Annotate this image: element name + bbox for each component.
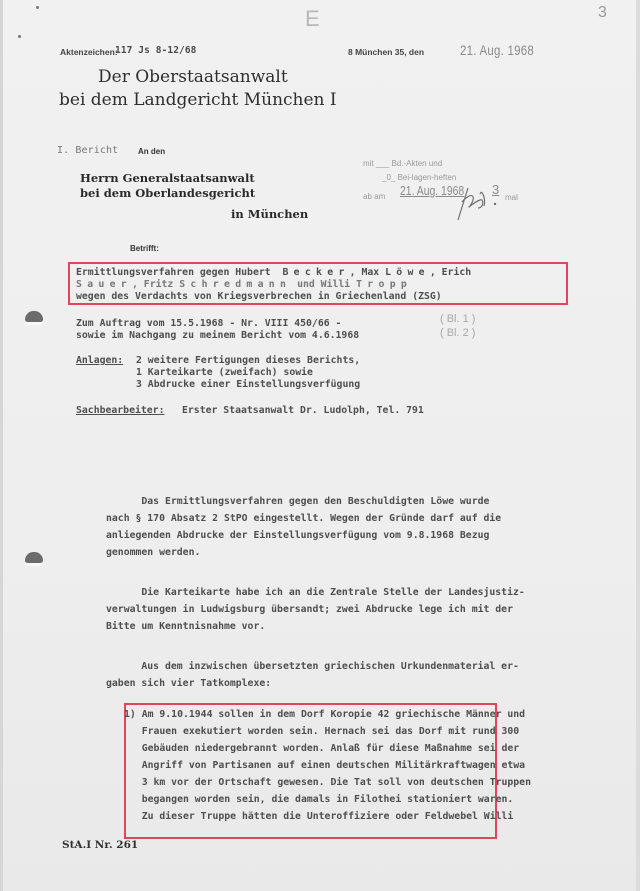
recipient-city: in München xyxy=(231,207,308,221)
body-line: Das Ermittlungsverfahren gegen den Besch… xyxy=(106,496,489,507)
body-line: nach § 170 Absatz 2 StPO eingestellt. We… xyxy=(106,513,501,524)
body-line: Angriff von Partisanen auf einen deutsch… xyxy=(124,760,525,771)
body-line: Gebäuden niedergebrannt worden. Anlaß fü… xyxy=(124,743,519,754)
subject-line3: wegen des Verdachts von Kriegsverbrechen… xyxy=(76,291,442,302)
page-edge-left xyxy=(0,0,3,891)
subject-line2: Sauer, Fritz Schredmann und Willi Tropp xyxy=(76,279,412,290)
top-center-mark: E xyxy=(305,6,320,32)
dispatch-stamp-line3-prefix: ab am xyxy=(363,192,385,201)
body-line: genommen werden. xyxy=(106,547,200,558)
subject-label: Betrifft: xyxy=(130,244,159,253)
dispatch-stamp-line1: mit ___ Bd.-Akten und xyxy=(363,159,442,168)
reference-line1: Zum Auftrag vom 15.5.1968 - Nr. VIII 450… xyxy=(76,318,341,329)
body-line: begangen worden sein, die damals in Filo… xyxy=(124,794,513,805)
sender-line1: Der Oberstaatsanwalt xyxy=(98,67,288,87)
body-line: Frauen exekutiert worden sein. Hernach s… xyxy=(124,726,519,737)
body-line: 1) Am 9.10.1944 sollen in dem Dorf Korop… xyxy=(124,709,525,720)
margin-note-bl1: ( Bl. 1 ) xyxy=(440,313,475,325)
date-stamp: 21. Aug. 1968 xyxy=(460,42,534,58)
body-line: 3 km vor der Ortschaft gewesen. Die Tat … xyxy=(124,777,531,788)
body-line: Die Karteikarte habe ich an die Zentrale… xyxy=(106,587,525,598)
place-date-prefix: 8 München 35, den xyxy=(348,47,424,57)
archive-reference: StA.I Nr. 261 xyxy=(62,839,138,851)
recipient-line2: bei dem Oberlandesgericht xyxy=(80,186,255,200)
case-officer-value: Erster Staatsanwalt Dr. Ludolph, Tel. 79… xyxy=(182,405,424,416)
enclosure-item: 2 weitere Fertigungen dieses Berichts, xyxy=(136,355,360,366)
page-edge-right xyxy=(636,0,640,891)
to-label: An den xyxy=(138,147,165,156)
page-number-mark: 3 xyxy=(598,4,607,22)
body-line: Aus dem inzwischen übersetzten griechisc… xyxy=(106,661,519,672)
margin-note-bl2: ( Bl. 2 ) xyxy=(440,327,475,339)
hole-punch-lower xyxy=(25,552,43,563)
initials-signature xyxy=(440,180,500,225)
file-ref-value: 117 Js 8-12/68 xyxy=(115,45,196,56)
enclosure-item: 1 Karteikarte (zweifach) sowie xyxy=(136,367,313,378)
body-line: Zu dieser Truppe hätten die Unteroffizie… xyxy=(124,811,513,822)
body-line: gaben sich vier Tatkomplexe: xyxy=(106,678,271,689)
dispatch-stamp-suffix: mal xyxy=(505,193,518,202)
smudge-mark xyxy=(36,6,39,9)
sender-line2: bei dem Landgericht München I xyxy=(59,90,337,110)
enclosure-item: 3 Abdrucke einer Einstellungsverfügung xyxy=(136,379,360,390)
reference-line2: sowie im Nachgang zu meinem Bericht vom … xyxy=(76,330,359,341)
hole-punch-upper xyxy=(25,311,43,322)
enclosures-label: Anlagen: xyxy=(76,355,123,366)
case-officer-label: Sachbearbeiter: xyxy=(76,405,164,416)
body-line: anliegenden Abdrucke der Einstellungsver… xyxy=(106,530,489,541)
file-ref-label: Aktenzeichen: xyxy=(60,47,118,57)
subject-line1: Ermittlungsverfahren gegen Hubert Becker… xyxy=(76,267,471,278)
smudge-mark xyxy=(18,35,21,38)
document-page: E 3 Aktenzeichen: 117 Js 8-12/68 8 Münch… xyxy=(0,0,640,891)
body-line: verwaltungen in Ludwigsburg übersandt; z… xyxy=(106,604,513,615)
report-label: I. Bericht xyxy=(57,145,118,156)
recipient-line1: Herrn Generalstaatsanwalt xyxy=(80,171,255,185)
body-line: Bitte um Kenntnisnahme vor. xyxy=(106,621,265,632)
